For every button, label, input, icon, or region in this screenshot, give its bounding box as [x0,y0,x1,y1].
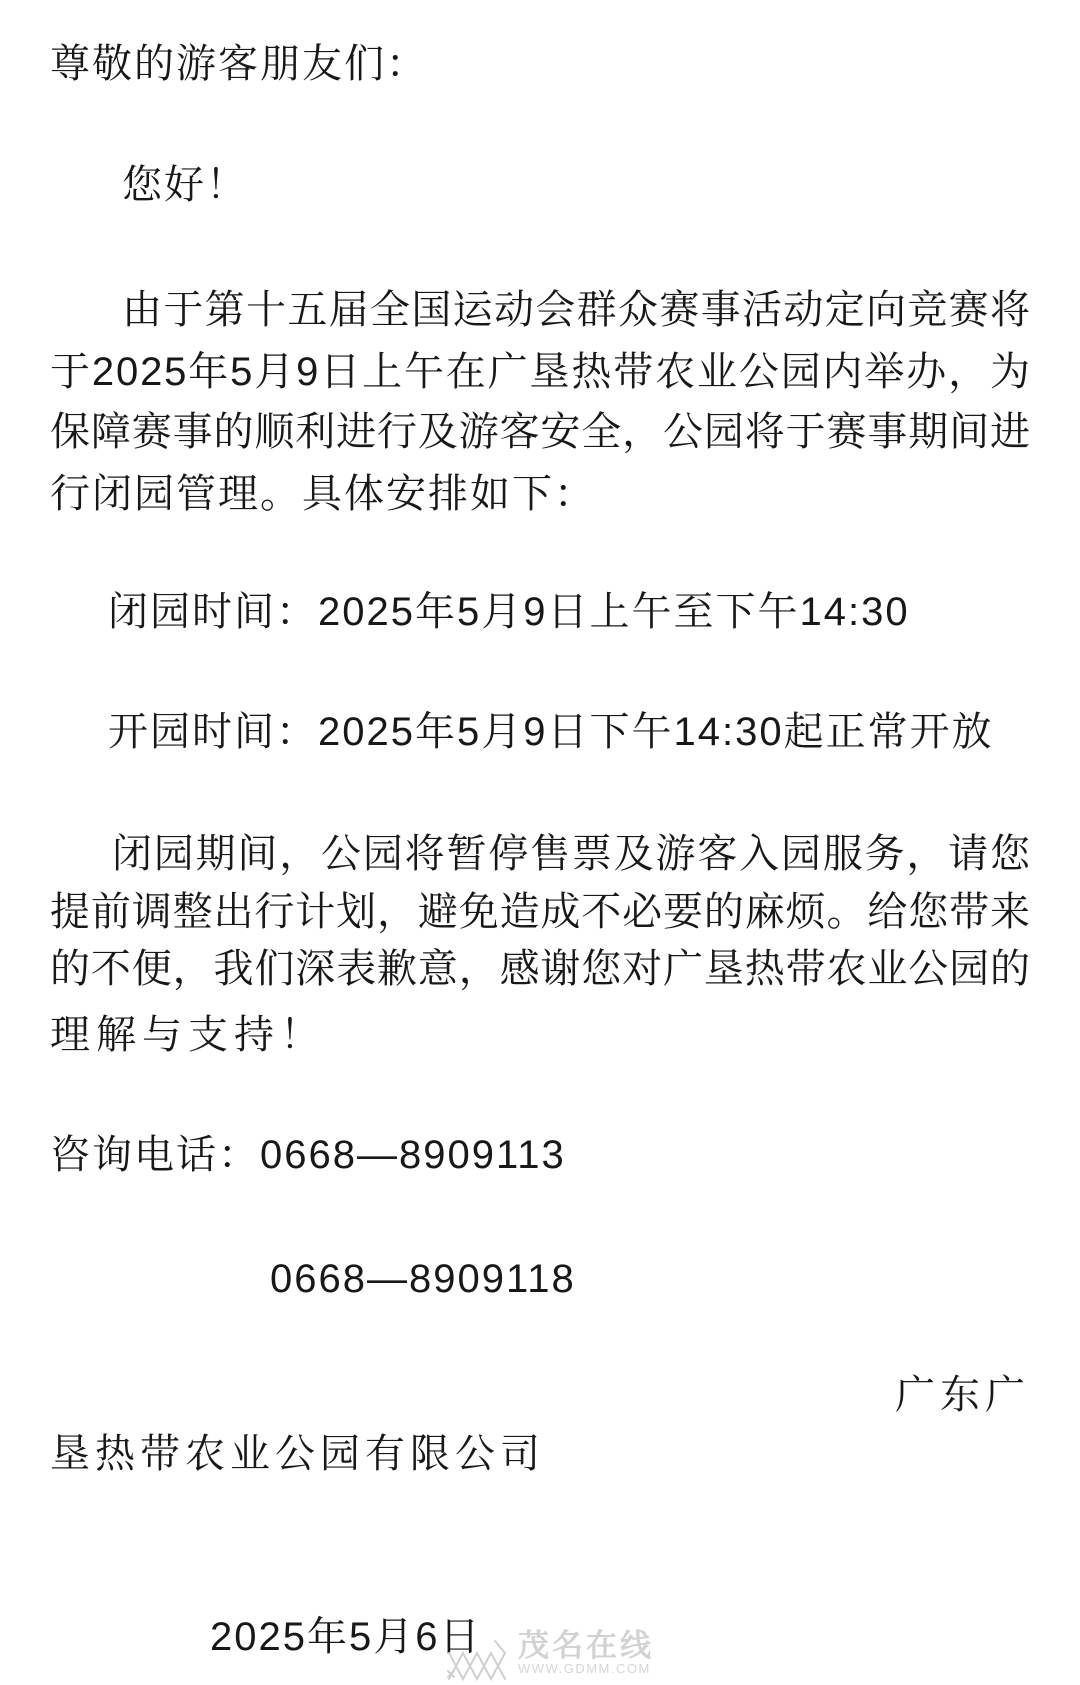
intro-line-4: 行闭园管理。具体安排如下： [50,470,1030,518]
hotline-line-2: 0668—8909118 [50,1255,1030,1303]
closure-time-line: 闭园时间：2025年5月9日上午至下午14:30 [50,588,1030,636]
apology-line-1: 闭园期间，公园将暂停售票及游客入园服务，请您 [50,830,1030,878]
salutation-line: 尊敬的游客朋友们： [50,40,1030,88]
apology-line-3: 的不便，我们深表歉意，感谢您对广垦热带农业公园的 [50,945,1030,993]
signature-line-1: 广东广 [50,1371,1030,1419]
reopen-time-line: 开园时间：2025年5月9日下午14:30起正常开放 [50,708,1030,756]
intro-line-1: 由于第十五届全国运动会群众赛事活动定向竞赛将 [50,286,1030,334]
intro-line-2: 于2025年5月9日上午在广垦热带农业公园内举办，为 [50,348,1030,396]
notice-document: 尊敬的游客朋友们： 您好！ 由于第十五届全国运动会群众赛事活动定向竞赛将 于20… [0,0,1080,1685]
hotline-line-1: 咨询电话：0668—8909113 [50,1131,1030,1179]
signature-line-2: 垦热带农业公园有限公司 [50,1430,1030,1478]
intro-line-3: 保障赛事的顺利进行及游客安全，公园将于赛事期间进 [50,408,1030,456]
watermark-site-name: 茂名在线 [518,1630,654,1661]
maoming-online-logo-icon [446,1633,508,1685]
apology-line-4: 理解与支持！ [50,1011,1030,1059]
watermark: 茂名在线 WWW.GDMM.COM [446,1630,654,1685]
watermark-site-url: WWW.GDMM.COM [518,1661,654,1676]
apology-line-2: 提前调整出行计划，避免造成不必要的麻烦。给您带来 [50,888,1030,936]
greeting-line: 您好！ [50,161,1030,209]
